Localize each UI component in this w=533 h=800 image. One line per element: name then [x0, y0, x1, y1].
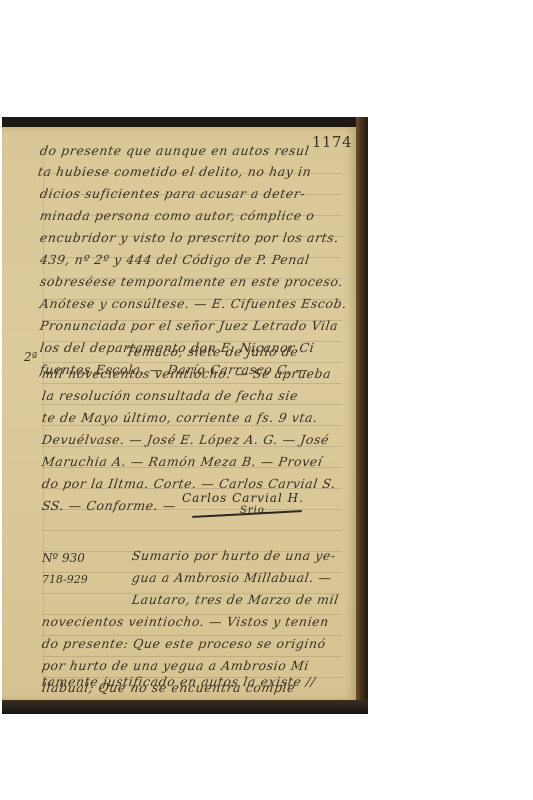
ruled-line: [42, 404, 342, 405]
handwritten-line: Maruchia A. — Ramón Meza B. — Proveí: [41, 454, 324, 469]
handwritten-line: do presente que aunque en autos resul: [39, 143, 311, 158]
handwritten-line: Pronunciada por el señor Juez Letrado Vi…: [39, 318, 339, 333]
case-reference: 718-929: [42, 573, 88, 586]
handwritten-line: novecientos veintiocho. — Vistos y tenie…: [41, 614, 330, 629]
handwritten-line: Sumario por hurto de una ye-: [131, 548, 337, 563]
handwritten-line: por hurto de una yegua a Ambrosio Mi: [41, 658, 310, 673]
ruled-line: [42, 530, 342, 531]
handwritten-line: encubridor y visto lo prescrito por los …: [39, 230, 340, 245]
handwritten-line: SS. — Conforme. —: [41, 498, 177, 513]
entry-number-margin: 2ª: [24, 350, 37, 364]
ruled-line: [42, 425, 342, 426]
book-binding-edge: [356, 117, 368, 714]
handwritten-line: mil novecientos veintiocho. — Se aprueba: [41, 366, 332, 381]
ledger-page: 1174 do presente que aunque en autos res…: [2, 127, 358, 701]
handwritten-line: te de Mayo último, corriente a fs. 9 vta…: [41, 410, 319, 425]
signature: Carlos Carvial H.: [182, 491, 304, 505]
document-scan: 1174 do presente que aunque en autos res…: [2, 117, 368, 714]
handwritten-line: Temuco, siete de julio de: [125, 344, 300, 359]
handwritten-line: tamente justificado en autos la existe /…: [41, 674, 317, 689]
handwritten-line: dicios suficientes para acusar a deter-: [39, 186, 306, 201]
case-number: Nº 930: [42, 551, 85, 565]
handwritten-line: ta hubiese cometido el delito, no hay in: [37, 164, 313, 179]
book-bottom-edge: [2, 700, 368, 714]
handwritten-line: la resolución consultada de fecha sie: [41, 388, 299, 403]
signature-rubric: Srio.: [240, 505, 269, 516]
handwritten-line: Devuélvase. — José E. López A. G. — José: [41, 432, 330, 447]
ruled-line: [42, 656, 342, 657]
handwritten-line: Lautaro, tres de Marzo de mil: [131, 592, 340, 607]
handwritten-line: gua a Ambrosio Millabual. —: [131, 570, 333, 585]
handwritten-line: do por la Iltma. Corte. — Carlos Carvial…: [41, 476, 337, 491]
handwritten-line: Anótese y consúltese. — E. Cifuentes Esc…: [39, 296, 348, 311]
handwritten-line: minada persona como autor, cómplice o: [39, 208, 316, 223]
folio-number: 1174: [312, 133, 352, 151]
handwritten-line: 439, nº 2º y 444 del Código de P. Penal: [39, 252, 311, 267]
ruled-line: [42, 383, 342, 384]
handwritten-line: sobreséese temporalmente en este proceso…: [39, 274, 344, 289]
handwritten-line: do presente: Que este proceso se originó: [41, 636, 327, 651]
